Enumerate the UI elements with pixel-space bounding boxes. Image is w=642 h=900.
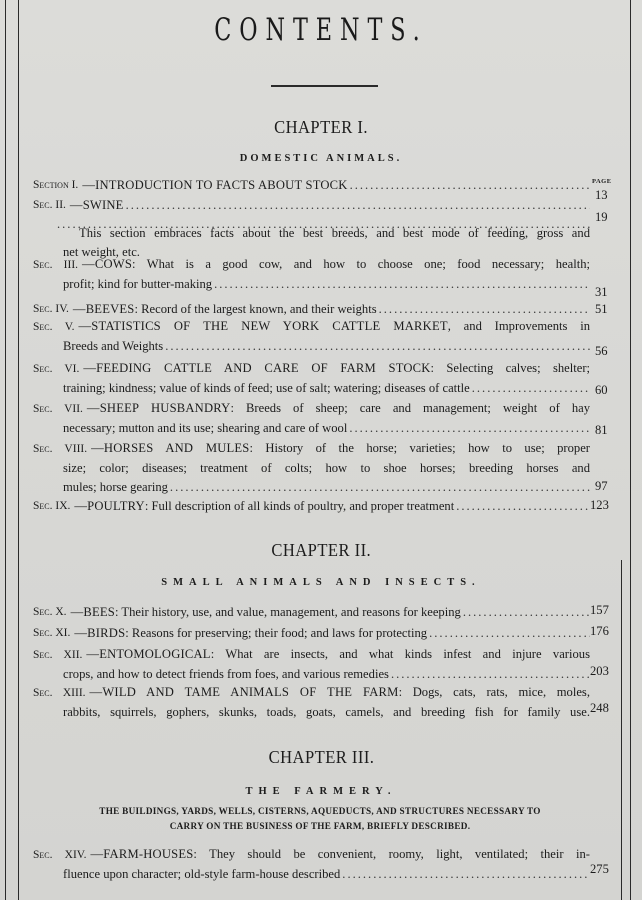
page-number-sec-13: 248	[590, 701, 626, 716]
toc-entry-sec-6[interactable]: Sec. VI.—FEEDING CATTLE AND CARE OF FARM…	[33, 359, 590, 398]
chapter-1-heading: CHAPTER I.	[0, 117, 642, 138]
leader-dots	[350, 176, 590, 195]
page-number-sec-3: 31	[595, 285, 631, 300]
chapter-3-heading: CHAPTER III.	[0, 747, 642, 768]
page-number-sec-6: 60	[595, 383, 631, 398]
page-title: CONTENTS.	[90, 12, 552, 48]
toc-entry-sec-9[interactable]: Sec. IX.—POULTRY: Full description of al…	[33, 497, 590, 516]
leader-dots	[391, 665, 590, 684]
leader-dots	[165, 337, 590, 356]
page-number-sec-2: 19	[595, 210, 631, 225]
toc-entry-sec-11[interactable]: Sec. XI.—BIRDS: Reasons for preserving; …	[33, 624, 590, 643]
toc-entry-sec-7[interactable]: Sec. VII.—SHEEP HUSBANDRY: Breeds of she…	[33, 399, 590, 438]
page-number-sec-8: 97	[595, 479, 631, 494]
toc-entry-sec-8[interactable]: Sec. VIII.—HORSES AND MULES: History of …	[33, 439, 590, 497]
toc-entry-sec-13[interactable]: Sec. XIII.—WILD AND TAME ANIMALS OF THE …	[33, 683, 590, 722]
page-number-sec-12: 203	[590, 664, 626, 679]
page-number-sec-4: 51	[595, 302, 631, 317]
toc-entry-sec-3[interactable]: Sec. III.—COWS: What is a good cow, and …	[33, 255, 590, 294]
page-column-label: PAGE	[592, 178, 612, 185]
book-page: CONTENTS. CHAPTER I. DOMESTIC ANIMALS. P…	[0, 0, 642, 900]
page-number-sec-14: 275	[590, 862, 626, 877]
title-divider	[271, 85, 378, 87]
toc-entry-sec-14[interactable]: Sec. XIV.—FARM-HOUSES: They should be co…	[33, 845, 590, 884]
chapter-2-heading: CHAPTER II.	[0, 540, 642, 561]
page-number-sec-10: 157	[590, 603, 626, 618]
chapter-1-subtitle: DOMESTIC ANIMALS.	[0, 153, 642, 164]
toc-entry-sec-10[interactable]: Sec. X.—BEES: Their history, use, and va…	[33, 603, 590, 622]
leader-dots	[214, 275, 590, 294]
page-number-sec-1: 13	[595, 188, 631, 203]
leader-dots	[126, 196, 590, 215]
leader-dots	[456, 497, 590, 516]
page-number-sec-7: 81	[595, 423, 631, 438]
toc-entry-sec-1[interactable]: Section I.—INTRODUCTION TO FACTS ABOUT S…	[33, 176, 590, 195]
toc-entry-sec-12[interactable]: Sec. XII.—ENTOMOLOGICAL: What are insect…	[33, 645, 590, 684]
toc-entry-sec-5[interactable]: Sec. V.—STATISTICS OF THE NEW YORK CATTL…	[33, 317, 590, 356]
chapter-3-note: THE BUILDINGS, YARDS, WELLS, CISTERNS, A…	[40, 804, 600, 834]
page-number-sec-9: 123	[590, 498, 626, 513]
leader-dots	[472, 379, 590, 398]
chapter-2-subtitle: SMALL ANIMALS AND INSECTS.	[0, 577, 642, 588]
page-number-sec-5: 56	[595, 344, 631, 359]
page-number-sec-11: 176	[590, 624, 626, 639]
leader-dots	[463, 603, 590, 622]
leader-dots	[429, 624, 590, 643]
leader-dots	[349, 419, 590, 438]
leader-dots	[342, 865, 590, 884]
chapter-3-subtitle: THE FARMERY.	[0, 786, 642, 797]
leader-dots	[170, 478, 590, 497]
